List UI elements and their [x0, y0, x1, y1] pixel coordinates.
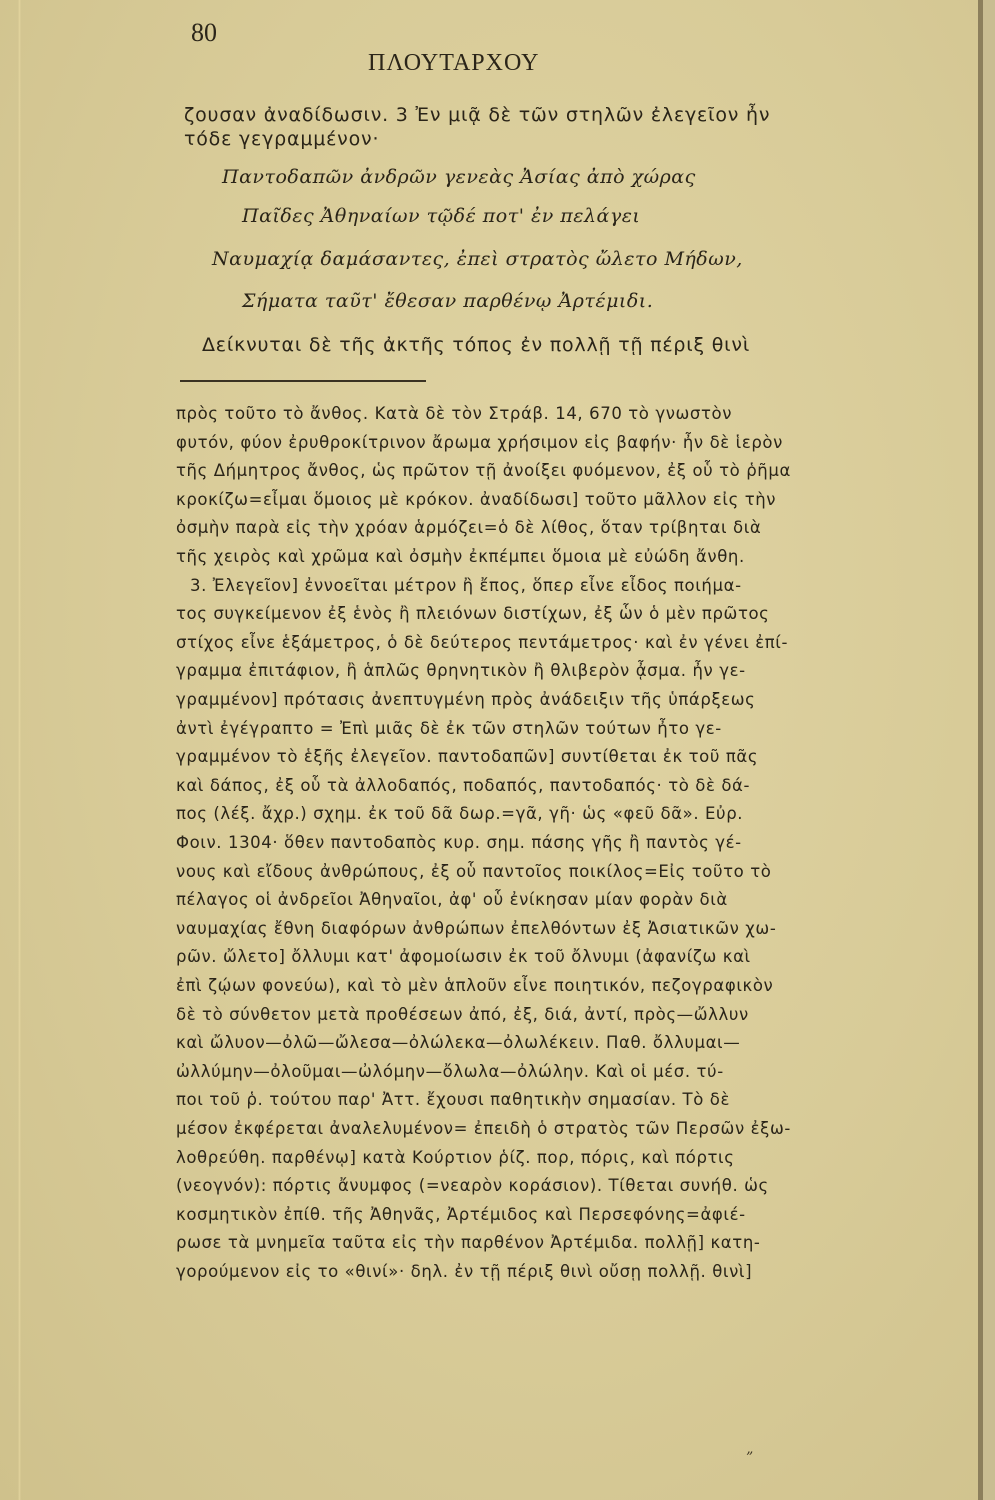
- footnote-line: ἐπὶ ζῴων φονεύω), καὶ τὸ μὲν ἁπλοῦν εἶνε…: [176, 976, 773, 995]
- footnote-line: ὠλλύμην—ὀλοῦμαι—ὠλόμην—ὄλωλα—ὀλώλην. Καὶ…: [176, 1062, 724, 1081]
- epigram-line: Σήματα ταῦτ' ἔθεσαν παρθένῳ Ἀρτέμιδι.: [242, 290, 653, 312]
- footnote-line: ναυμαχίας ἔθνη διαφόρων ἀνθρώπων ἐπελθόν…: [176, 919, 776, 938]
- book-page: 80 ΠΛΟΥΤΑΡΧΟΥ ζουσαν ἀναδίδωσιν. 3 Ἐν μι…: [0, 0, 995, 1500]
- main-text-line: ζουσαν ἀναδίδωσιν. 3 Ἐν μιᾷ δὲ τῶν στηλῶ…: [184, 104, 770, 126]
- footnote-line: λοθρεύθη. παρθένῳ] κατὰ Κούρτιον ῥίζ. πο…: [176, 1148, 735, 1167]
- footnote-line: καὶ δάπος, ἐξ οὗ τὰ ἀλλοδαπός, ποδαπός, …: [176, 776, 750, 795]
- footnote-line: ρῶν. ὤλετο] ὄλλυμι κατ' ἀφομοίωσιν ἐκ το…: [176, 947, 751, 966]
- main-text-line: τόδε γεγραμμένον·: [184, 128, 379, 150]
- footnote-line: (νεογνόν): πόρτις ἄνυμφος (=νεαρὸν κοράσ…: [176, 1176, 769, 1195]
- book-edge-shadow: [983, 0, 995, 1500]
- footnote-line: στίχος εἶνε ἑξάμετρος, ὁ δὲ δεύτερος πεν…: [176, 633, 788, 652]
- footnote-line: νους καὶ εἴδους ἀνθρώπους, ἐξ οὗ παντοῖο…: [176, 862, 771, 881]
- footnote-line: ἀντὶ ἐγέγραπτο = Ἐπὶ μιᾶς δὲ ἐκ τῶν στηλ…: [176, 719, 722, 738]
- footnote-line: πος (λέξ. ἄχρ.) σχημ. ἐκ τοῦ δᾶ δωρ.=γᾶ,…: [176, 804, 743, 823]
- footnote-line: πέλαγος οἱ ἀνδρεῖοι Ἀθηναῖοι, ἀφ' οὗ ἐνί…: [176, 890, 728, 909]
- footnote-line: γορούμενον εἰς το «θινί»· δηλ. ἐν τῇ πέρ…: [176, 1262, 752, 1281]
- epigram-line: Παντοδαπῶν ἀνδρῶν γενεὰς Ἀσίας ἀπὸ χώρας: [222, 166, 696, 188]
- footnote-line: κροκίζω=εἶμαι ὅμοιος μὲ κρόκον. ἀναδίδωσ…: [176, 490, 776, 509]
- epigram-line: Ναυμαχίᾳ δαμάσαντες, ἐπεὶ στρατὸς ὤλετο …: [212, 248, 743, 270]
- page-crease: [18, 0, 21, 1500]
- stray-pencil-mark: ”: [746, 1450, 753, 1466]
- footnote-line: κοσμητικὸν ἐπίθ. τῆς Ἀθηνᾶς, Ἀρτέμιδος κ…: [176, 1205, 746, 1224]
- footnote-line: γραμμένον τὸ ἑξῆς ἐλεγεῖον. παντοδαπῶν] …: [176, 747, 758, 766]
- footnote-line: τῆς χειρὸς καὶ χρῶμα καὶ ὀσμὴν ἐκπέμπει …: [176, 547, 745, 566]
- footnote-line: τῆς Δήμητρος ἄνθος, ὡς πρῶτον τῇ ἀνοίξει…: [176, 461, 791, 480]
- footnote-line: Φοιν. 1304· ὅθεν παντοδαπὸς κυρ. σημ. πά…: [176, 833, 742, 852]
- footnote-line: μέσον ἐκφέρεται ἀναλελυμένον= ἐπειδὴ ὁ σ…: [176, 1119, 791, 1138]
- footnote-line: φυτόν, φύον ἐρυθροκίτρινον ἄρωμα χρήσιμο…: [176, 433, 783, 452]
- running-title: ΠΛΟΥΤΑΡΧΟΥ: [368, 50, 539, 77]
- footnote-line: γραμμα ἐπιτάφιον, ἢ ἁπλῶς θρηνητικὸν ἢ θ…: [176, 661, 746, 680]
- page-number: 80: [191, 18, 217, 48]
- footnote-line: καὶ ὤλυον—ὀλῶ—ὤλεσα—ὀλώλεκα—ὀλωλέκειν. Π…: [176, 1033, 740, 1052]
- footnote-line: δὲ τὸ σύνθετον μετὰ προθέσεων ἀπό, ἐξ, δ…: [176, 1005, 749, 1024]
- footnote-line: γραμμένον] πρότασις ἀνεπτυγμένη πρὸς ἀνά…: [176, 690, 755, 709]
- footnote-line: ὀσμὴν παρὰ εἰς τὴν χρόαν ἁρμόζει=ὁ δὲ λί…: [176, 518, 761, 537]
- footnote-line: πρὸς τοῦτο τὸ ἄνθος. Κατὰ δὲ τὸν Στράβ. …: [176, 404, 732, 423]
- footnote-line: ρωσε τὰ μνημεῖα ταῦτα εἰς τὴν παρθένον Ἀ…: [176, 1233, 760, 1252]
- footnote-line: 3. Ἐλεγεῖον] ἐννοεῖται μέτρον ἢ ἔπος, ὅπ…: [190, 576, 742, 595]
- main-text-line: Δείκνυται δὲ τῆς ἀκτῆς τόπος ἐν πολλῇ τῇ…: [202, 334, 750, 356]
- footnote-line: ποι τοῦ ῥ. τούτου παρ' Ἀττ. ἔχουσι παθητ…: [176, 1090, 730, 1109]
- epigram-line: Παῖδες Ἀθηναίων τῷδέ ποτ' ἐν πελάγει: [242, 205, 640, 227]
- footnote-rule: [180, 380, 426, 382]
- footnote-line: τος συγκείμενον ἐξ ἑνὸς ἢ πλειόνων διστί…: [176, 604, 769, 623]
